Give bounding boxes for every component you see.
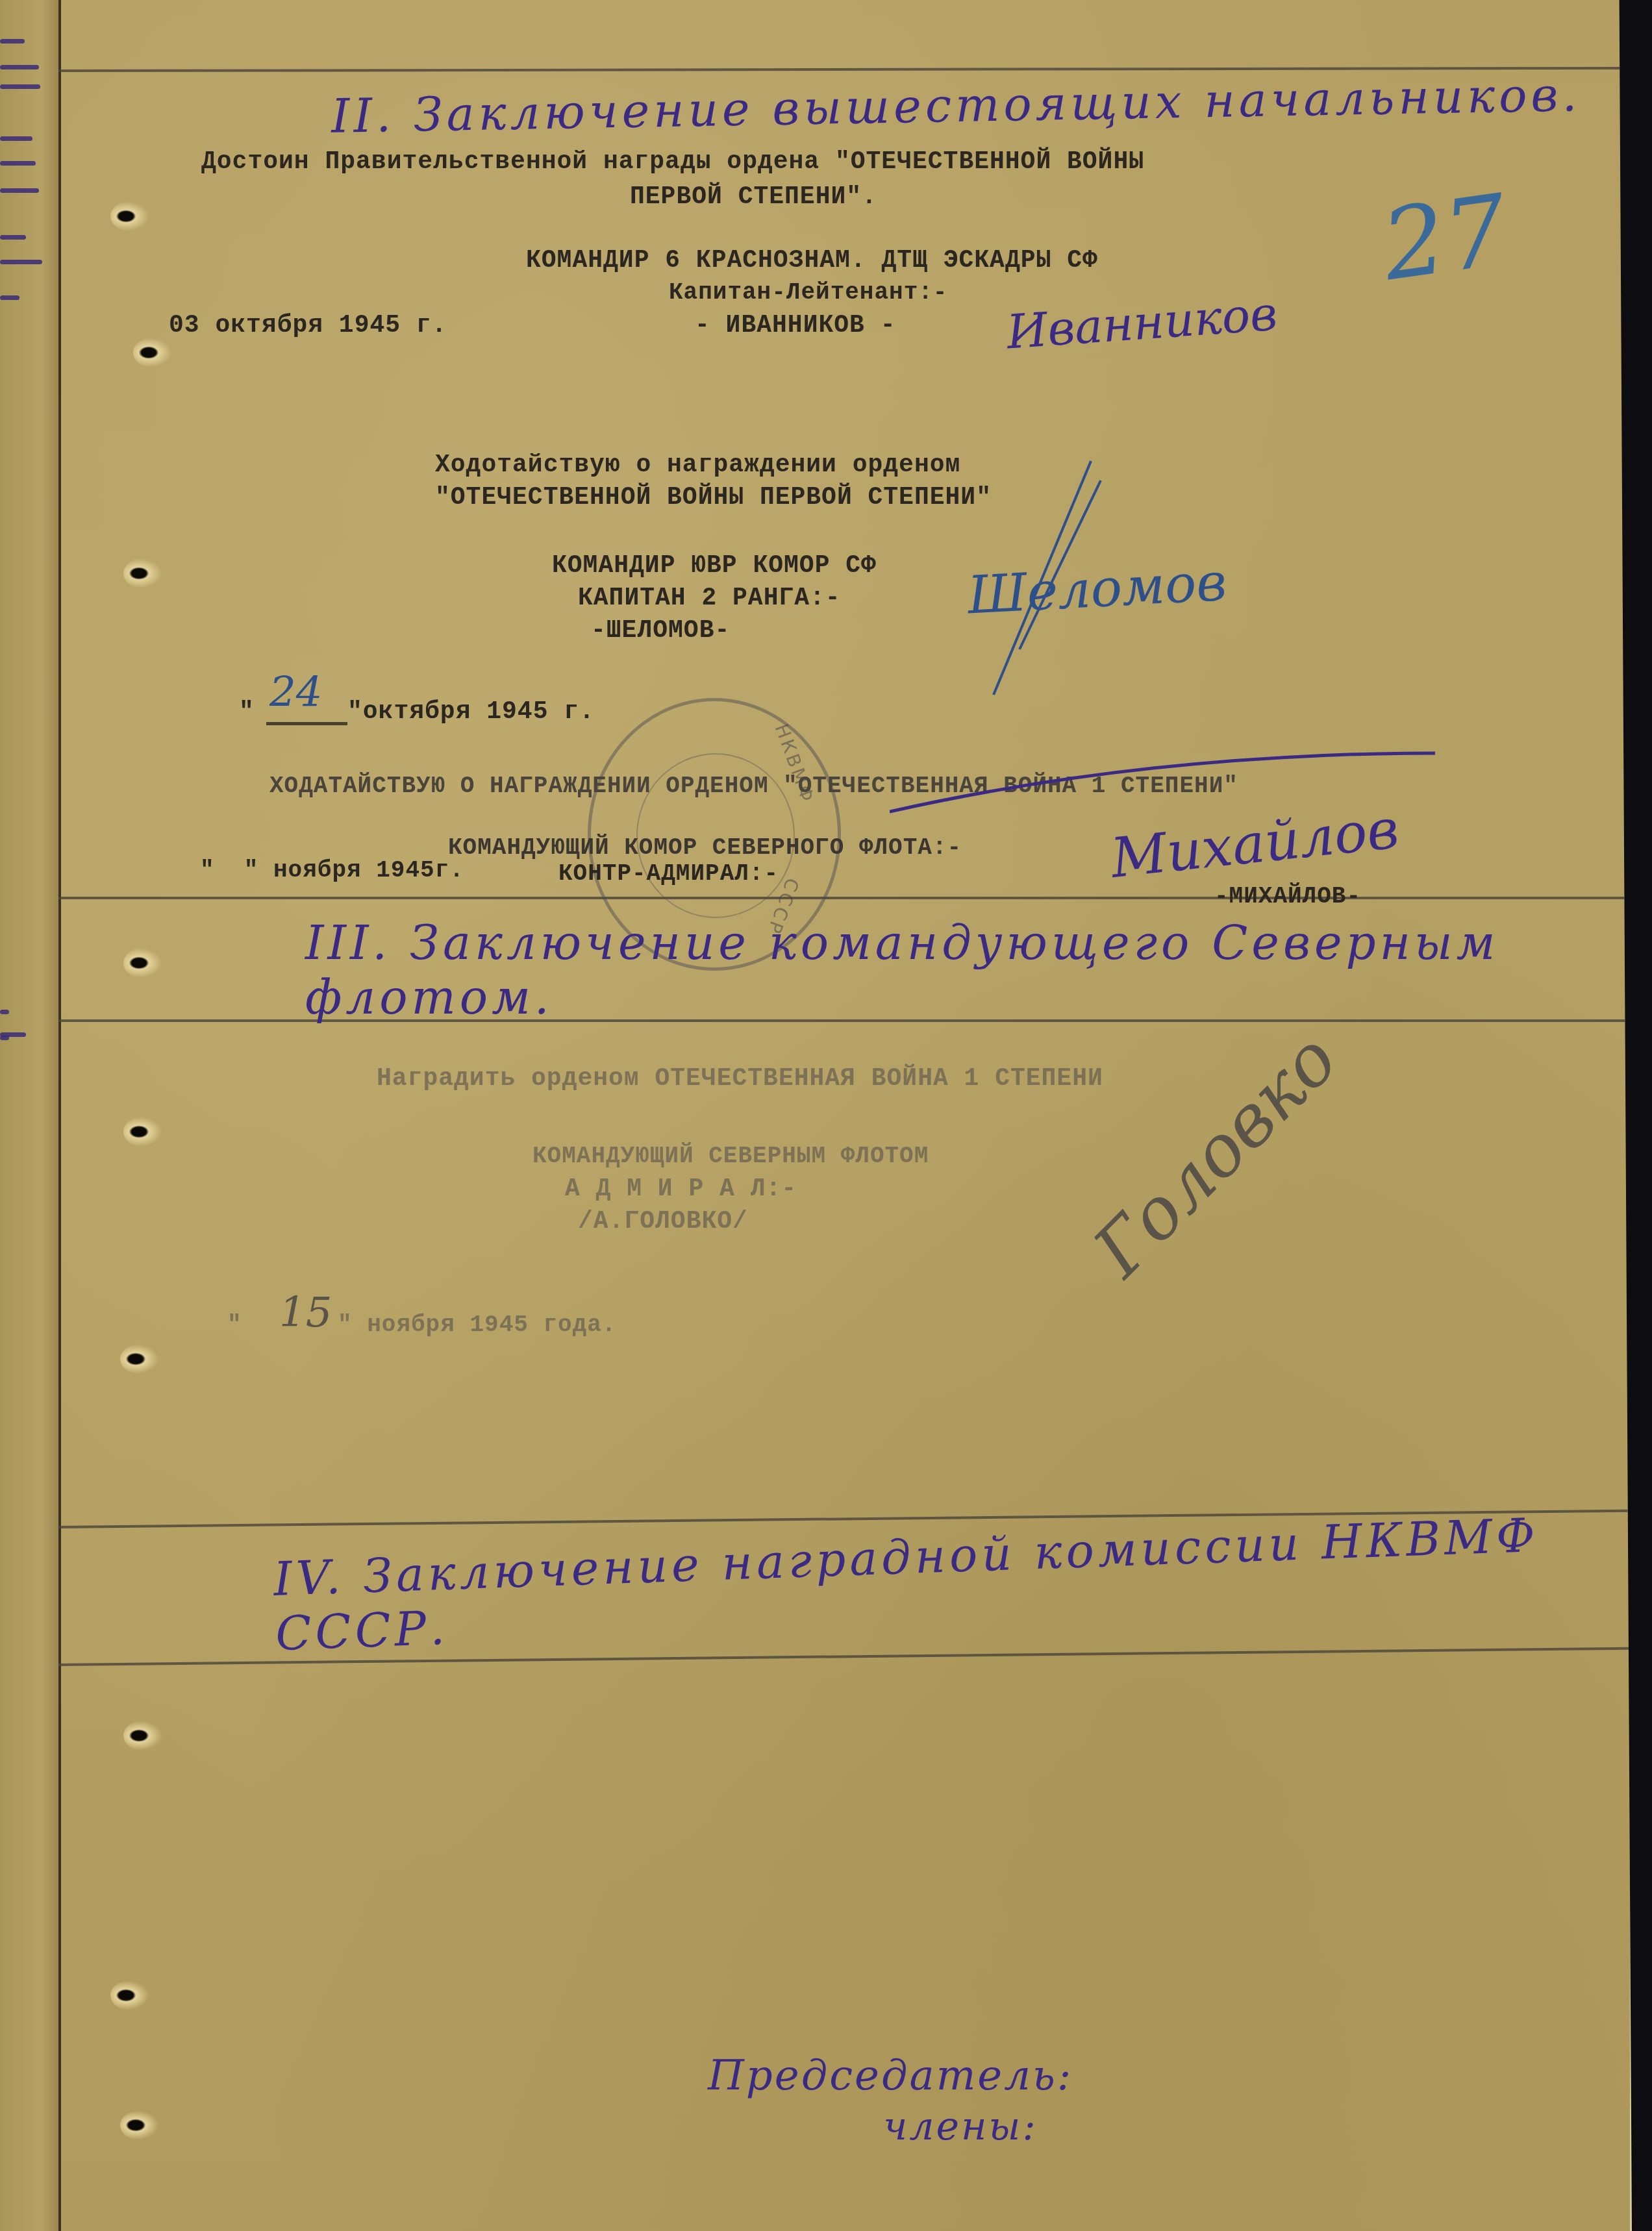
margin-handwriting xyxy=(0,65,39,69)
decision-date-open-quote: " xyxy=(227,1312,242,1338)
signer1-rank: Капитан-Лейтенант:- xyxy=(669,279,947,306)
binder-hole xyxy=(123,1117,162,1147)
binder-hole xyxy=(123,948,162,978)
binder-hole xyxy=(110,1980,149,2010)
binder-hole xyxy=(120,2110,159,2140)
fleet-commander-signature: Головко xyxy=(1078,1017,1353,1293)
section-4-heading: IV. Заключение наградной комиссии НКВМФ … xyxy=(273,1504,1633,1661)
fleet-commander-rank: А Д М И Р А Л:- xyxy=(565,1175,797,1203)
petition3-date: " " ноября 1945г. xyxy=(200,857,464,884)
petition2-title: КОМАНДИР ЮВР КОМОР СФ xyxy=(552,552,877,580)
petition2-rank: КАПИТАН 2 РАНГА:- xyxy=(578,584,841,612)
binder-hole xyxy=(123,558,162,588)
award-recommendation-line1: Достоин Правительственной награды ордена… xyxy=(201,148,1144,176)
adjacent-page-edge xyxy=(0,0,58,2231)
binder-hole xyxy=(110,201,149,231)
petition3-rank: КОНТР-АДМИРАЛ:- xyxy=(558,860,779,887)
members-label: члены: xyxy=(883,2104,1038,2149)
page-fold-crease xyxy=(58,0,61,2231)
petition2-line2: "ОТЕЧЕСТВЕННОЙ ВОЙНЫ ПЕРВОЙ СТЕПЕНИ" xyxy=(435,484,992,512)
petition2-name: -ШЕЛОМОВ- xyxy=(591,617,730,645)
decision-date-day: 15 xyxy=(279,1289,332,1337)
petition2-line1: Ходотайствую о награждении орденом xyxy=(435,451,960,479)
commander-decision: Наградить орденом ОТЕЧЕСТВЕННАЯ ВОЙНА 1 … xyxy=(377,1065,1103,1093)
margin-handwriting xyxy=(0,161,36,166)
fleet-commander-title: КОМАНДУЮЩИЙ СЕВЕРНЫМ ФЛОТОМ xyxy=(532,1143,929,1169)
signer1-name: - ИВАННИКОВ - xyxy=(695,312,895,340)
petition2-date-day: 24 xyxy=(269,669,322,717)
margin-handwriting xyxy=(0,295,19,300)
petition2-date-open-quote: " xyxy=(239,698,255,726)
section-3-heading: III. Заключение командующего Северным фл… xyxy=(305,916,1630,1025)
margin-handwriting xyxy=(0,84,40,89)
petition2-date-rest: "октября 1945 г. xyxy=(347,698,595,726)
petition3-signature-stroke xyxy=(890,740,1448,818)
fleet-commander-name: /А.ГОЛОВКО/ xyxy=(578,1208,748,1236)
margin-handwriting xyxy=(0,1010,9,1014)
signer1-signature: Иванников xyxy=(1005,286,1279,360)
margin-handwriting xyxy=(0,188,39,193)
binder-hole xyxy=(120,1344,159,1374)
decision-date-rest: " ноября 1945 года. xyxy=(338,1312,616,1338)
petition2-signature-stroke xyxy=(981,455,1110,701)
chairman-label: Председатель: xyxy=(708,2052,1073,2100)
petition3-name: -МИХАЙЛОВ- xyxy=(1214,883,1361,910)
signer1-date: 03 октября 1945 г. xyxy=(169,312,447,340)
margin-handwriting xyxy=(0,136,32,141)
petition3-title: КОМАНДУЮЩИЙ КОМОР СЕВЕРНОГО ФЛОТА:- xyxy=(448,834,962,861)
binder-hole xyxy=(123,1721,162,1751)
margin-mark-number: 27 xyxy=(1376,174,1514,303)
section-rule xyxy=(58,897,1630,899)
margin-handwriting xyxy=(0,39,25,44)
margin-handwriting xyxy=(0,235,26,240)
award-recommendation-line2: ПЕРВОЙ СТЕПЕНИ". xyxy=(630,183,877,211)
signer1-title: КОМАНДИР 6 КРАСНОЗНАМ. ДТЩ ЭСКАДРЫ СФ xyxy=(526,247,1098,275)
award-sheet-page: II. Заключение вышестоящих начальников. … xyxy=(58,0,1632,2231)
date-underline xyxy=(266,722,347,725)
binder-hole xyxy=(133,338,172,368)
section-2-heading: II. Заключение вышестоящих начальников. xyxy=(331,67,1581,143)
margin-handwriting xyxy=(0,260,42,264)
margin-handwriting xyxy=(0,1032,26,1037)
